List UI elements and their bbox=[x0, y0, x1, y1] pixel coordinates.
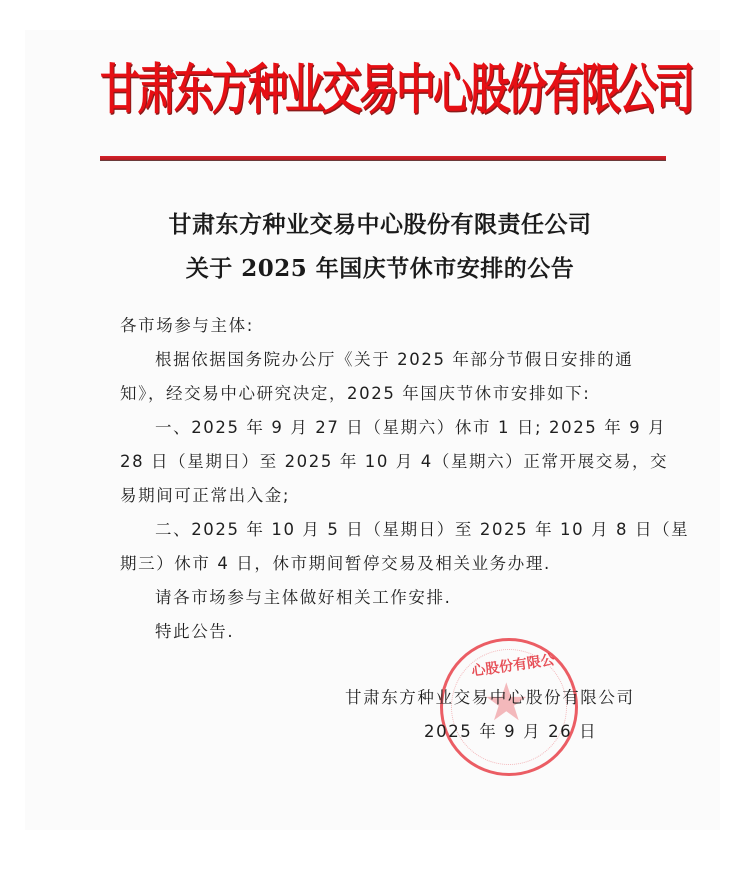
paragraph-line: 请各市场参与主体做好相关工作安排. bbox=[155, 584, 451, 608]
signature-date: 2025 年 9 月 26 日 bbox=[424, 718, 597, 742]
salutation: 各市场参与主体: bbox=[120, 312, 254, 336]
paragraph-line: 根据依据国务院办公厅《关于 2025 年部分节假日安排的通 bbox=[155, 346, 633, 370]
notice-title-line-2: 关于 2025 年国庆节休市安排的公告 bbox=[100, 250, 660, 283]
paragraph-line: 期三）休市 4 日，休市期间暂停交易及相关业务办理. bbox=[120, 550, 551, 574]
paragraph-line: 易期间可正常出入金; bbox=[120, 482, 290, 506]
signature-organization: 甘肃东方种业交易中心股份有限公司 bbox=[345, 684, 635, 708]
paragraph-line: 知》，经交易中心研究决定，2025 年国庆节休市安排如下: bbox=[120, 380, 590, 404]
letterhead-red-rule bbox=[100, 156, 666, 161]
paragraph-line: 二、2025 年 10 月 5 日（星期日）至 2025 年 10 月 8 日（… bbox=[155, 516, 689, 540]
paragraph-line: 28 日（星期日）至 2025 年 10 月 4（星期六）正常开展交易，交 bbox=[120, 448, 668, 472]
notice-title-line-1: 甘肃东方种业交易中心股份有限责任公司 bbox=[100, 206, 660, 239]
document-page: 甘肃东方种业交易中心股份有限公司 甘肃东方种业交易中心股份有限责任公司 关于 2… bbox=[0, 0, 750, 876]
paragraph-line: 一、2025 年 9 月 27 日（星期六）休市 1 日; 2025 年 9 月 bbox=[155, 414, 666, 438]
letterhead-company-name: 甘肃东方种业交易中心股份有限公司 bbox=[100, 58, 665, 123]
closing-line: 特此公告. bbox=[155, 618, 234, 642]
